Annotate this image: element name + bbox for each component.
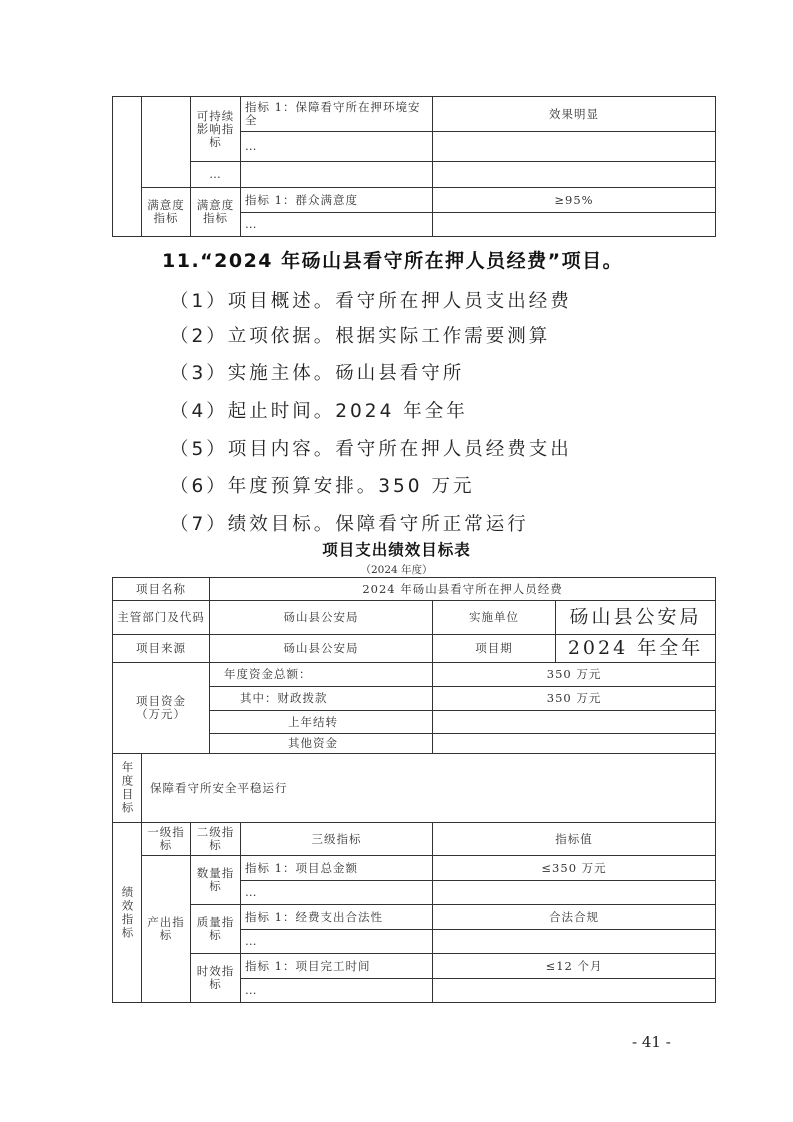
- item-overview: （1）项目概述。看守所在押人员支出经费: [170, 287, 572, 313]
- value-total-amount: ≤350 万元: [433, 856, 716, 881]
- value-completion-time: ≤12 个月: [433, 954, 716, 979]
- annual-goal: 保障看守所安全平稳运行: [142, 754, 716, 823]
- funds-total-value: 350 万元: [433, 663, 716, 687]
- l3-ellipsis: …: [241, 930, 433, 954]
- item-period: （4）起止时间。2024 年全年: [170, 397, 468, 423]
- blank-cell: [113, 97, 142, 237]
- table-subtitle: （2024 年度）: [0, 562, 793, 577]
- source: 砀山县公安局: [210, 635, 433, 663]
- funds-carryover-value: [433, 711, 716, 734]
- l3-ellipsis: …: [241, 881, 433, 905]
- funds-other-value: [433, 734, 716, 754]
- l3-completion-time: 指标 1：项目完工时间: [241, 954, 433, 979]
- l2-timeliness: 时效指标: [191, 954, 241, 1003]
- indicator-value: [433, 213, 716, 237]
- item-budget: （6）年度预算安排。350 万元: [170, 472, 474, 498]
- indicators-label: 绩效指标: [113, 823, 142, 1003]
- l1-output: 产出指标: [142, 856, 191, 1003]
- value-legality: 合法合规: [433, 905, 716, 930]
- table-title: 项目支出绩效目标表: [0, 538, 793, 560]
- item-content: （5）项目内容。看守所在押人员经费支出: [170, 435, 572, 461]
- period-label: 项目期: [433, 635, 556, 663]
- item-basis: （2）立项依据。根据实际工作需要测算: [170, 322, 550, 348]
- l3-empty: [241, 162, 433, 188]
- l3-indicator: 指标 1：群众满意度: [241, 188, 433, 213]
- dept: 砀山县公安局: [210, 601, 433, 635]
- l3-total-amount: 指标 1：项目总金额: [241, 856, 433, 881]
- funds-label: 项目资金（万元）: [113, 663, 210, 754]
- item-goal: （7）绩效目标。保障看守所正常运行: [170, 510, 529, 536]
- l3-indicator: 指标 1：保障看守所在押环境安全: [241, 97, 433, 132]
- performance-target-table: 项目名称 2024 年砀山县看守所在押人员经费 主管部门及代码 砀山县公安局 实…: [112, 577, 716, 1003]
- l2-sustainable-impact: 可持续影响指标: [191, 97, 241, 162]
- l3-ellipsis: …: [241, 132, 433, 162]
- funds-other-label: 其他资金: [210, 734, 433, 754]
- section-heading: 11.“2024 年砀山县看守所在押人员经费”项目。: [162, 246, 623, 273]
- funds-fiscal-value: 350 万元: [433, 687, 716, 711]
- project-name: 2024 年砀山县看守所在押人员经费: [210, 578, 716, 601]
- value-empty: [433, 979, 716, 1003]
- header-l3: 三级指标: [241, 823, 433, 856]
- indicator-value: ≥95%: [433, 188, 716, 213]
- funds-fiscal-label: 其中：财政拨款: [210, 687, 433, 711]
- item-entity: （3）实施主体。砀山县看守所: [170, 359, 464, 385]
- header-l2: 二级指标: [191, 823, 241, 856]
- l2-quality: 质量指标: [191, 905, 241, 954]
- l3-legality: 指标 1：经费支出合法性: [241, 905, 433, 930]
- value-empty: [433, 881, 716, 905]
- dept-label: 主管部门及代码: [113, 601, 210, 635]
- l2-satisfaction: 满意度指标: [191, 188, 241, 237]
- l3-ellipsis: …: [241, 979, 433, 1003]
- indicators-label-text: 绩效指标: [121, 886, 134, 940]
- l1-satisfaction: 满意度指标: [142, 188, 191, 237]
- value-empty: [433, 930, 716, 954]
- source-label: 项目来源: [113, 635, 210, 663]
- annual-goal-label-text: 年度目标: [121, 761, 134, 815]
- l2-quantity: 数量指标: [191, 856, 241, 905]
- period: 2024 年全年: [556, 635, 716, 663]
- header-l1: 一级指标: [142, 823, 191, 856]
- blank-cell: [142, 97, 191, 188]
- header-value: 指标值: [433, 823, 716, 856]
- annual-goal-label: 年度目标: [113, 754, 142, 823]
- indicator-value: [433, 162, 716, 188]
- funds-total-label: 年度资金总额：: [210, 663, 433, 687]
- funds-carryover-label: 上年结转: [210, 711, 433, 734]
- l3-ellipsis: …: [241, 213, 433, 237]
- page-number: - 41 -: [632, 1033, 671, 1051]
- impl: 砀山县公安局: [556, 601, 716, 635]
- continued-indicator-table: 可持续影响指标 指标 1：保障看守所在押环境安全 效果明显 … … 满意度指标 …: [112, 96, 716, 237]
- impl-label: 实施单位: [433, 601, 556, 635]
- indicator-value: [433, 132, 716, 162]
- indicator-value: 效果明显: [433, 97, 716, 132]
- project-name-label: 项目名称: [113, 578, 210, 601]
- l2-ellipsis: …: [191, 162, 241, 188]
